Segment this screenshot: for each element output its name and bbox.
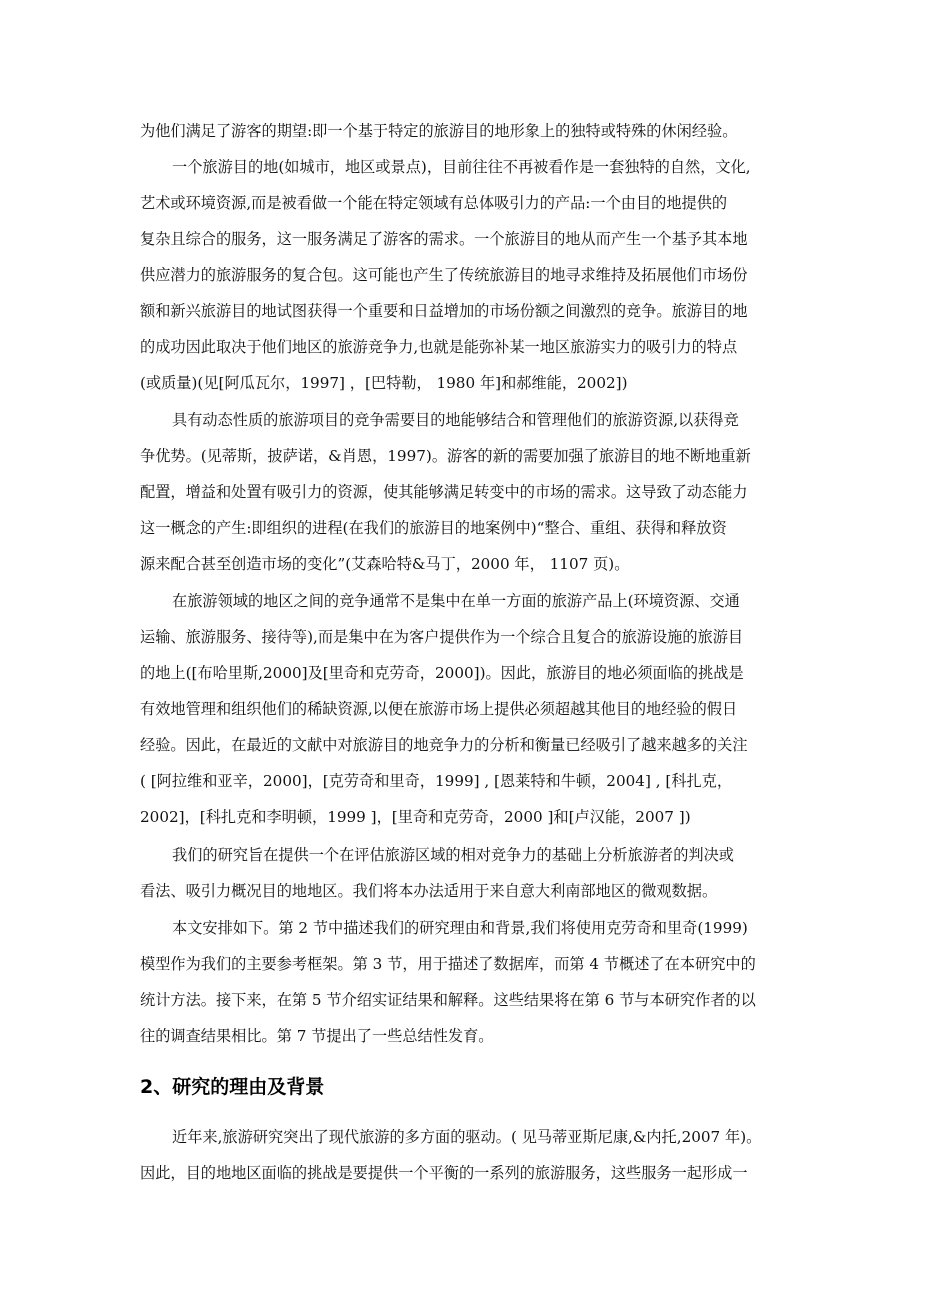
- paragraph-line: 2002]，[科扎克和李明顿，1999 ]，[里奇和克劳奇，2000 ]和[卢汉…: [140, 807, 790, 827]
- paragraph-line: 一个旅游目的地(如城市，地区或景点)，目前往往不再被看作是一套独特的自然，文化,: [172, 157, 790, 177]
- paragraph-line: (或质量)(见[阿瓜瓦尔，1997] ，[巴特勒， 1980 年]和郝维能，20…: [140, 373, 790, 393]
- paragraph-line: 艺术或环境资源,而是被看做一个能在特定领域有总体吸引力的产品:一个由目的地提供的: [140, 193, 790, 213]
- paragraph-line: 的地上([布哈里斯,2000]及[里奇和克劳奇，2000])。因此，旅游目的地必…: [140, 663, 790, 683]
- paragraph-line: 我们的研究旨在提供一个在评估旅游区域的相对竞争力的基础上分析旅游者的判决或: [172, 845, 790, 865]
- paragraph-line: 额和新兴旅游目的地试图获得一个重要和日益增加的市场份额之间激烈的竞争。旅游目的地: [140, 301, 790, 321]
- paragraph-line: 争优势。(见蒂斯，披萨诺，&肖恩，1997)。游客的新的需要加强了旅游目的地不断…: [140, 446, 790, 466]
- paragraph-line: 源来配合甚至创造市场的变化”(艾森哈特&马丁，2000 年， 1107 页)。: [140, 554, 790, 574]
- paragraph-line: 供应潜力的旅游服务的复合包。这可能也产生了传统旅游目的地寻求维持及拓展他们市场份: [140, 265, 790, 285]
- paragraph-line: ( [阿拉维和亚辛，2000]，[克劳奇和里奇，1999] , [恩莱特和牛顿，…: [140, 771, 790, 791]
- document-page: 为他们满足了游客的期望:即一个基于特定的旅游目的地形象上的独特或特殊的休闲经验。…: [0, 0, 926, 1309]
- paragraph-line: 近年来,旅游研究突出了现代旅游的多方面的驱动。( 见马蒂亚斯尼康,&内托,200…: [172, 1127, 790, 1147]
- paragraph-line: 统计方法。接下来，在第 5 节介绍实证结果和解释。这些结果将在第 6 节与本研究…: [140, 990, 790, 1010]
- paragraph-line: 配置，增益和处置有吸引力的资源，使其能够满足转变中的市场的需求。这导致了动态能力: [140, 482, 790, 502]
- paragraph-line: 经验。因此，在最近的文献中对旅游目的地竞争力的分析和衡量已经吸引了越来越多的关注: [140, 735, 790, 755]
- paragraph-line: 运输、旅游服务、接待等),而是集中在为客户提供作为一个综合且复合的旅游设施的旅游…: [140, 627, 790, 647]
- paragraph-line: 往的调查结果相比。第 7 节提出了一些总结性发育。: [140, 1026, 790, 1046]
- paragraph-line: 模型作为我们的主要参考框架。第 3 节，用于描述了数据库，而第 4 节概述了在本…: [140, 954, 790, 974]
- paragraph-line: 看法、吸引力概况目的地地区。我们将本办法适用于来自意大利南部地区的微观数据。: [140, 881, 790, 901]
- paragraph-line: 这一概念的产生:即组织的进程(在我们的旅游目的地案例中)“整合、重组、获得和释放…: [140, 518, 790, 538]
- paragraph-line: 具有动态性质的旅游项目的竞争需要目的地能够结合和管理他们的旅游资源,以获得竞: [172, 410, 790, 430]
- paragraph-line: 为他们满足了游客的期望:即一个基于特定的旅游目的地形象上的独特或特殊的休闲经验。: [140, 121, 790, 141]
- paragraph-line: 因此，目的地地区面临的挑战是要提供一个平衡的一系列的旅游服务，这些服务一起形成一: [140, 1163, 790, 1183]
- paragraph-line: 的成功因此取决于他们地区的旅游竞争力,也就是能弥补某一地区旅游实力的吸引力的特点: [140, 337, 790, 357]
- paragraph-line: 有效地管理和组织他们的稀缺资源,以便在旅游市场上提供必须超越其他目的地经验的假日: [140, 699, 790, 719]
- paragraph-line: 在旅游领域的地区之间的竞争通常不是集中在单一方面的旅游产品上(环境资源、交通: [172, 591, 790, 611]
- paragraph-line: 本文安排如下。第 2 节中描述我们的研究理由和背景,我们将使用克劳奇和里奇(19…: [172, 918, 790, 938]
- paragraph-line: 复杂且综合的服务，这一服务满足了游客的需求。一个旅游目的地从而产生一个基予其本地: [140, 229, 790, 249]
- section-heading: 2、研究的理由及背景: [140, 1075, 324, 1099]
